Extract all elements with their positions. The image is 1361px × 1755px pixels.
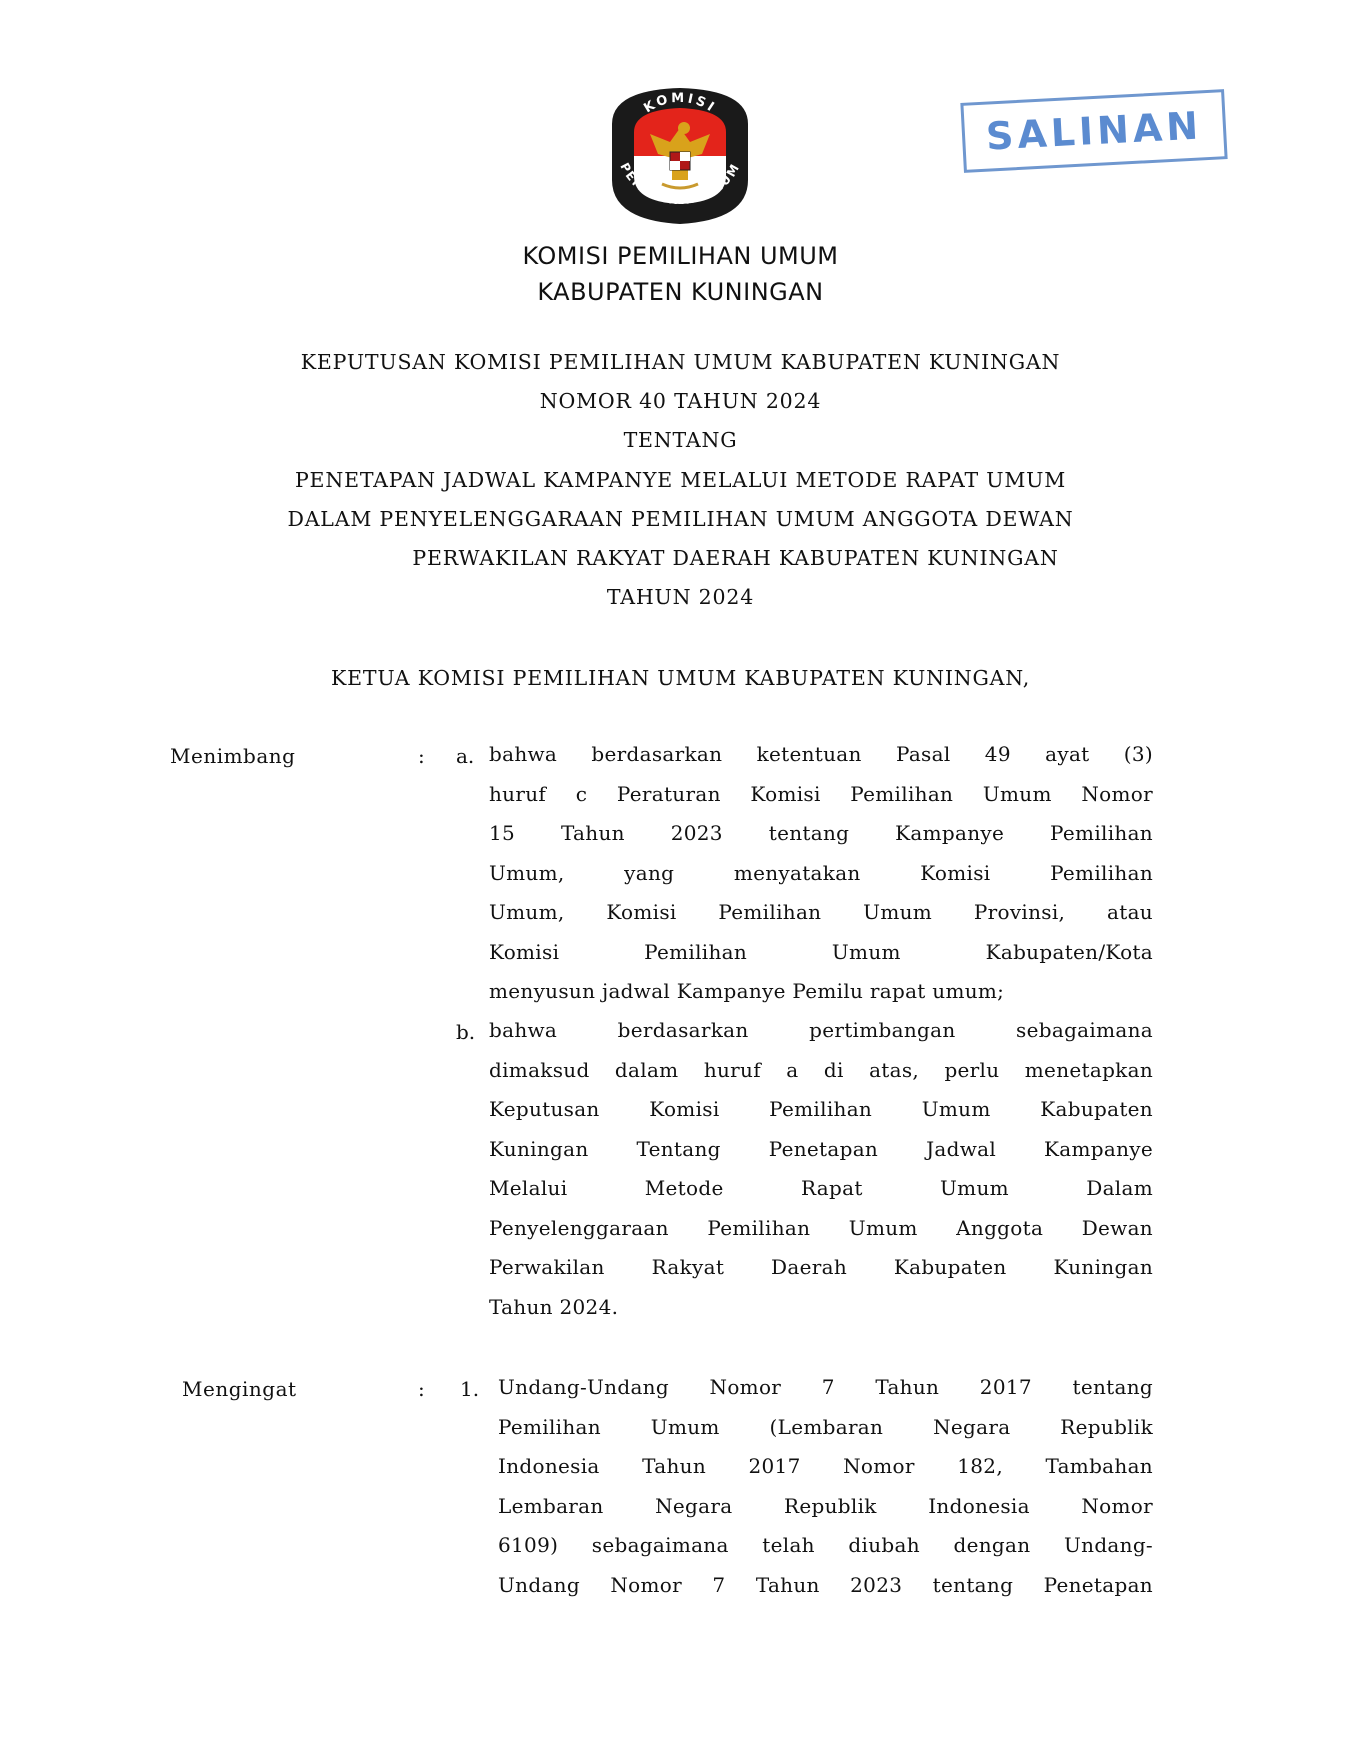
menimbang-label: Menimbang xyxy=(170,744,295,768)
menimbang-item-marker: a. xyxy=(456,744,474,768)
text-line: Tahun 2024. xyxy=(489,1288,1153,1328)
text-line: dimaksud dalam huruf a di atas, perlu me… xyxy=(489,1051,1153,1091)
text-line: 15 Tahun 2023 tentang Kampanye Pemilihan xyxy=(489,814,1153,854)
text-line: Komisi Pemilihan Umum Kabupaten/Kota xyxy=(489,933,1153,973)
decree-subject-line: DALAM PENYELENGGARAAN PEMILIHAN UMUM ANG… xyxy=(0,507,1361,531)
text-line: Undang-Undang Nomor 7 Tahun 2017 tentang xyxy=(498,1368,1153,1408)
kpu-logo-icon: KOMISI PEMILIHAN UMUM xyxy=(600,84,760,226)
text-line: huruf c Peraturan Komisi Pemilihan Umum … xyxy=(489,775,1153,815)
mengingat-item-marker: 1. xyxy=(460,1377,479,1401)
text-line: menyusun jadwal Kampanye Pemilu rapat um… xyxy=(489,972,1153,1012)
org-region: KABUPATEN KUNINGAN xyxy=(0,278,1361,306)
text-line: bahwa berdasarkan pertimbangan sebagaima… xyxy=(489,1011,1153,1051)
text-line: Indonesia Tahun 2017 Nomor 182, Tambahan xyxy=(498,1447,1153,1487)
text-line: Lembaran Negara Republik Indonesia Nomor xyxy=(498,1487,1153,1527)
decree-number: NOMOR 40 TAHUN 2024 xyxy=(0,389,1361,413)
text-line: Kuningan Tentang Penetapan Jadwal Kampan… xyxy=(489,1130,1153,1170)
decree-subject-line: PERWAKILAN RAKYAT DAERAH KABUPATEN KUNIN… xyxy=(0,546,1361,570)
text-line: bahwa berdasarkan ketentuan Pasal 49 aya… xyxy=(489,735,1153,775)
document-page: KOMISI PEMILIHAN UMUM SALINAN KOMISI PEM… xyxy=(0,0,1361,1755)
decree-year: TAHUN 2024 xyxy=(0,585,1361,609)
menimbang-item-marker: b. xyxy=(456,1020,475,1044)
text-line: 6109) sebagaimana telah diubah dengan Un… xyxy=(498,1526,1153,1566)
mengingat-label: Mengingat xyxy=(182,1377,297,1401)
mengingat-colon: : xyxy=(418,1377,425,1401)
mengingat-item-1: Undang-Undang Nomor 7 Tahun 2017 tentang… xyxy=(498,1368,1153,1605)
salinan-stamp: SALINAN xyxy=(960,89,1227,173)
text-line: Penyelenggaraan Pemilihan Umum Anggota D… xyxy=(489,1209,1153,1249)
decree-tentang: TENTANG xyxy=(0,428,1361,452)
text-line: Melalui Metode Rapat Umum Dalam xyxy=(489,1169,1153,1209)
menimbang-colon: : xyxy=(418,744,425,768)
menimbang-item-a: bahwa berdasarkan ketentuan Pasal 49 aya… xyxy=(489,735,1153,1012)
menimbang-item-b: bahwa berdasarkan pertimbangan sebagaima… xyxy=(489,1011,1153,1327)
decree-title-line: KEPUTUSAN KOMISI PEMILIHAN UMUM KABUPATE… xyxy=(0,350,1361,374)
text-line: Umum, Komisi Pemilihan Umum Provinsi, at… xyxy=(489,893,1153,933)
org-name: KOMISI PEMILIHAN UMUM xyxy=(0,242,1361,270)
signatory-heading: KETUA KOMISI PEMILIHAN UMUM KABUPATEN KU… xyxy=(0,666,1361,690)
text-line: Keputusan Komisi Pemilihan Umum Kabupate… xyxy=(489,1090,1153,1130)
text-line: Umum, yang menyatakan Komisi Pemilihan xyxy=(489,854,1153,894)
decree-subject-line: PENETAPAN JADWAL KAMPANYE MELALUI METODE… xyxy=(0,468,1361,492)
text-line: Pemilihan Umum (Lembaran Negara Republik xyxy=(498,1408,1153,1448)
text-line: Undang Nomor 7 Tahun 2023 tentang Peneta… xyxy=(498,1566,1153,1606)
text-line: Perwakilan Rakyat Daerah Kabupaten Kunin… xyxy=(489,1248,1153,1288)
